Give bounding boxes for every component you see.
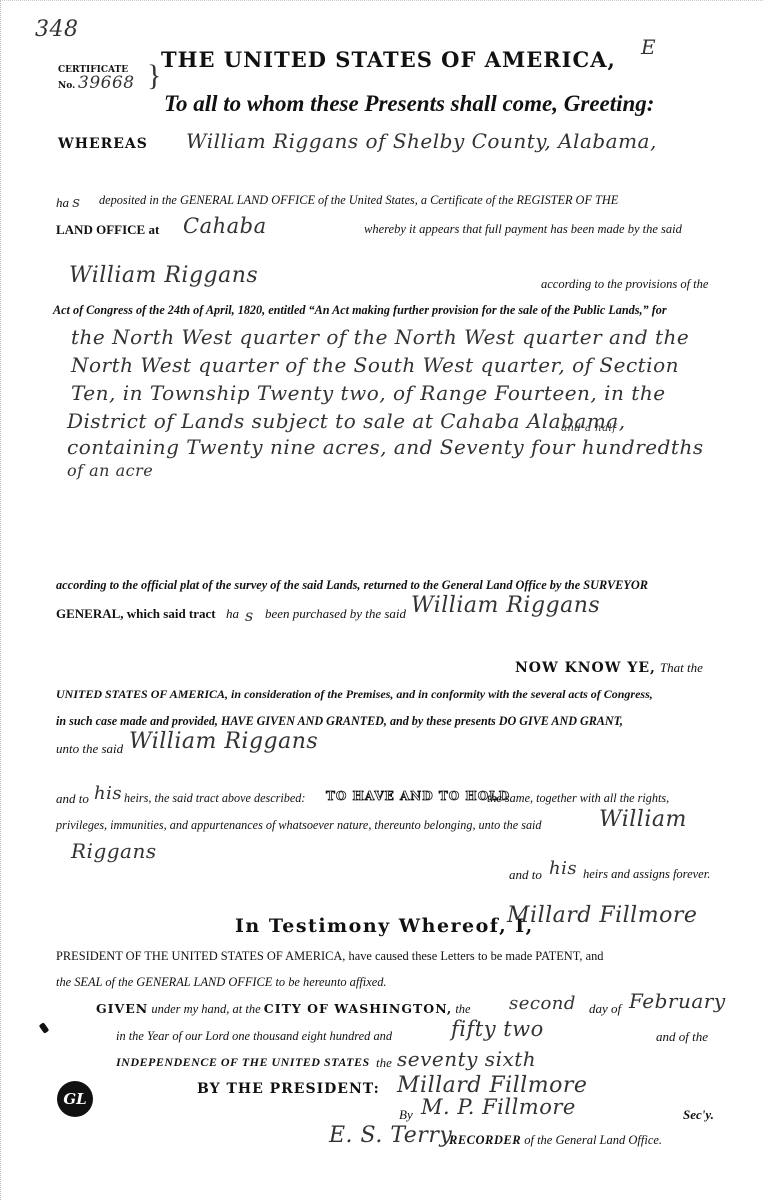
survey-line1: according to the official plat of the su… [56,578,648,593]
recorder-label: RECORDER [449,1133,521,1147]
independence-year-handwritten: seventy sixth [397,1047,536,1071]
testimony-line2-text: PRESIDENT OF THE UNITED STATES OF AMERIC… [56,949,603,963]
city-of-washington: CITY OF WASHINGTON, [264,1001,452,1016]
land-description-line-2: North West quarter of the South West qua… [71,353,679,377]
president-handwritten: Millard Fillmore [507,903,697,928]
year-handwritten: fifty two [451,1017,544,1041]
survey-ha: ha [226,606,239,622]
deposit-prefix: ha [56,195,69,210]
land-description-line-5: containing Twenty nine acres, and Sevent… [67,435,704,459]
grant-line4-prefix: unto the said [56,741,123,757]
testimony-heading: In Testimony Whereof, I, [235,915,534,937]
survey-line2-mid: been purchased by the said [265,606,406,622]
secretary-suffix: Sec'y. [683,1107,714,1123]
given-the: the [455,1002,470,1016]
corner-mark-note: E [641,35,656,59]
testimony-line3: the SEAL of the GENERAL LAND OFFICE to b… [56,975,387,990]
whereas-label: WHEREAS [58,136,148,152]
testimony-line2: PRESIDENT OF THE UNITED STATES OF AMERIC… [56,949,603,964]
by-label: By [399,1107,413,1123]
deposit-hw-s: s [72,193,80,211]
grant-line2: UNITED STATES OF AMERICA, in considerati… [56,687,653,702]
purchaser-handwritten-2: William Riggans [411,593,600,618]
independence-the: the [376,1055,392,1071]
certificate-no-label: No. [58,81,75,91]
day-handwritten: second [509,993,576,1014]
land-description-line-1: the North West quarter of the North West… [71,325,689,349]
greeting: To all to whom these Presents shall come… [164,91,654,117]
grant-line8-suffix: heirs and assigns forever. [583,867,710,882]
by-the-president-label: BY THE PRESIDENT: [197,1081,380,1097]
deposit-line1: deposited in the GENERAL LAND OFFICE of … [99,193,618,208]
land-office-handwritten: Cahaba [183,214,267,238]
gl-monogram-seal-icon: GL [57,1081,93,1117]
recorder-signature: E. S. Terry [329,1123,452,1148]
given-text: under my hand, at the [151,1002,260,1016]
month-handwritten: February [629,989,726,1013]
grantee-handwritten-3: William Riggans [129,729,318,754]
deposit-line3-suffix: according to the provisions of the [541,277,708,292]
year-suffix: and of the [656,1029,708,1045]
grant-line5-prefix: and to [56,791,89,807]
grant-line5-mid: heirs, the said tract above described: [124,791,305,806]
land-description-line-4: District of Lands subject to sale at Cah… [67,409,626,433]
grant-his-1: his [94,783,122,804]
survey-hw-s: s [245,606,254,625]
grantee-handwritten: William Riggans of Shelby County, Alabam… [186,129,657,153]
grant-line5-suffix: the same, together with all the rights, [487,791,669,806]
grantee-first-name-hw: William [599,807,687,832]
seal-monogram: GL [63,1090,86,1108]
now-know-suffix: That the [660,660,703,675]
to-have-and-to-hold: TO HAVE AND TO HOLD [326,789,510,803]
certificate-number: 39668 [78,73,135,93]
brace-icon: } [147,59,161,93]
land-description-line-3: Ten, in Township Twenty two, of Range Fo… [71,381,666,405]
ink-mark [39,1022,50,1034]
grant-line8-prefix: and to [509,867,542,883]
page-number-note: 348 [35,17,79,42]
document-title: THE UNITED STATES OF AMERICA, [161,47,616,72]
given-label: GIVEN [96,1001,148,1016]
independence-label: INDEPENDENCE OF THE UNITED STATES [116,1055,370,1070]
now-know-ye: NOW KNOW YE, [515,660,656,676]
year-prefix: in the Year of our Lord one thousand eig… [116,1029,392,1044]
grant-line6: privileges, immunities, and appurtenance… [56,818,542,833]
purchaser-handwritten: William Riggans [69,263,258,288]
deposit-line2-suffix: whereby it appears that full payment has… [364,222,682,237]
survey-line2-prefix: GENERAL, which said tract [56,606,216,621]
grant-line3: in such case made and provided, HAVE GIV… [56,714,623,729]
land-description-line-6: of an acre [67,461,153,480]
grant-his-2: his [549,858,577,879]
grantee-last-name-hw: Riggans [71,839,157,863]
act-of-congress-line: Act of Congress of the 24th of April, 18… [53,303,667,318]
day-of-label: day of [589,1001,621,1017]
secretary-signature: M. P. Fillmore [421,1095,576,1119]
deposit-line2-prefix: LAND OFFICE at [56,222,159,238]
recorder-suffix: of the General Land Office. [524,1133,662,1147]
land-patent-document: 348 E CERTIFICATE No. 39668 } THE UNITED… [0,0,763,1200]
land-description-interlineation: and a half [561,423,616,434]
